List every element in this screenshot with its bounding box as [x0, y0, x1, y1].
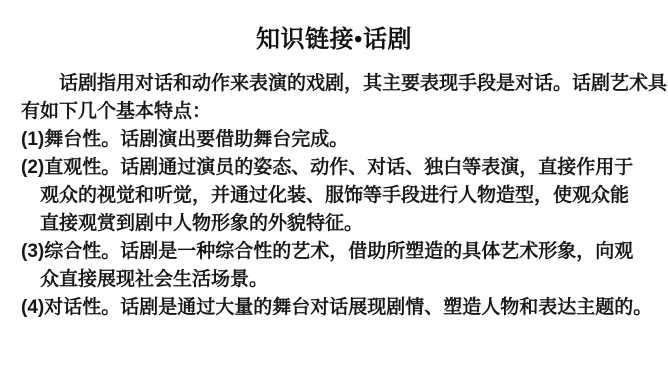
body-line-item-2-cont-2: 直接观赏到剧中人物形象的外貌特征。	[21, 210, 664, 238]
body-line-item-2: (2)直观性。话剧通过演员的姿态、动作、对话、独白等表演，直接作用于	[21, 154, 664, 182]
body-line-paragraph-second: 有如下几个基本特点：	[21, 98, 664, 126]
slide: 知识链接•话剧 话剧指用对话和动作来表演的戏剧，其主要表现手段是对话。话剧艺术具…	[0, 0, 668, 376]
slide-title: 知识链接•话剧	[0, 26, 668, 54]
body-line-paragraph-first: 话剧指用对话和动作来表演的戏剧，其主要表现手段是对话。话剧艺术具	[21, 70, 664, 98]
body-line-item-1: (1)舞台性。话剧演出要借助舞台完成。	[21, 126, 664, 154]
slide-body: 话剧指用对话和动作来表演的戏剧，其主要表现手段是对话。话剧艺术具 有如下几个基本…	[21, 70, 664, 322]
body-line-item-4: (4)对话性。话剧是通过大量的舞台对话展现剧情、塑造人物和表达主题的。	[21, 294, 664, 322]
body-line-item-3-cont-1: 众直接展现社会生活场景。	[21, 266, 664, 294]
body-line-item-2-cont-1: 观众的视觉和听觉，并通过化装、服饰等手段进行人物造型，使观众能	[21, 182, 664, 210]
body-line-item-3: (3)综合性。话剧是一种综合性的艺术，借助所塑造的具体艺术形象，向观	[21, 238, 664, 266]
